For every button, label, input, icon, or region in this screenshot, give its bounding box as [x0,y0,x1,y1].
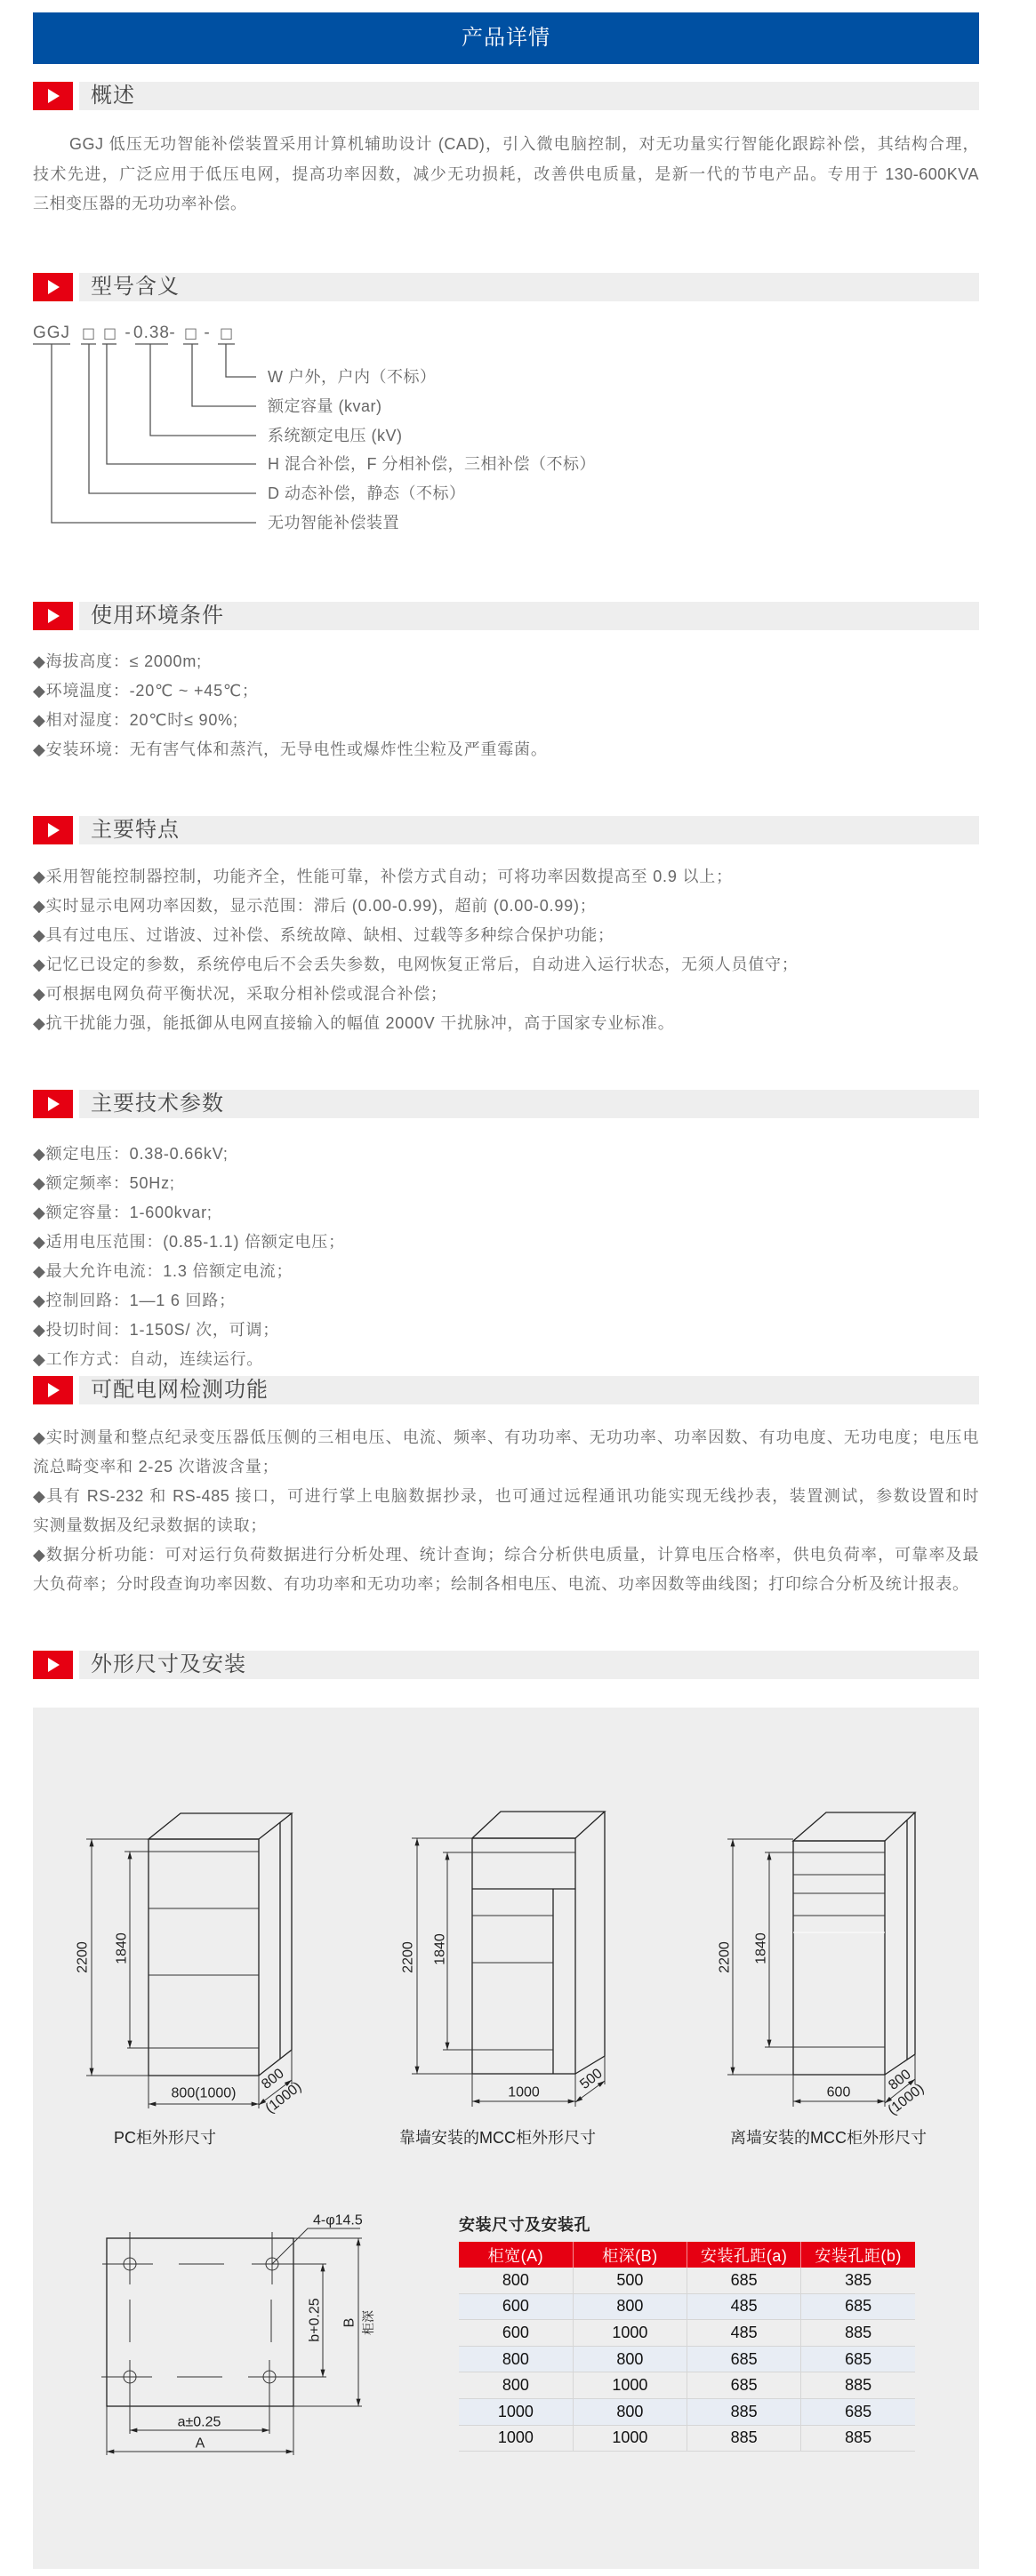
model-meaning-label: 系统额定电压 (kV) [268,421,403,451]
section-header-bar: 主要特点 [79,816,979,844]
list-item-line: 大负荷率；分时段查询功率因数、有功功率和无功功率；绘制各相电压、电流、功率因数等… [33,1570,979,1599]
product-detail-page: 产品详情 概述 GGJ 低压无功智能补偿装置采用计算机辅助设计 (CAD)，引入… [0,0,1036,2576]
mounting-table-title: 安装尺寸及安装孔 [459,2214,590,2236]
list-item: ◆相对湿度：20℃时≤ 90%; [33,706,979,735]
play-triangle-icon [33,1376,73,1404]
table-cell: 1000 [573,2372,687,2399]
section-title: 可配电网检测功能 [91,1376,269,1404]
column-header: 安装孔距(b) [801,2242,915,2268]
play-triangle-icon [33,82,73,110]
model-code-series: GGJ [33,323,70,344]
list-item: ◆可根据电网负荷平衡状况，采取分相补偿或混合补偿； [33,980,979,1009]
paragraph-line: GGJ 低压无功智能补偿装置采用计算机辅助设计 (CAD)，引入微电脑控制，对无… [33,130,979,160]
table-cell: 800 [459,2372,573,2399]
model-code-separator: - [202,323,213,344]
table-cell: 685 [687,2268,801,2293]
list-item: ◆工作方式：自动，连续运行。 [33,1345,979,1374]
list-item: ◆额定电压：0.38-0.66kV; [33,1140,979,1169]
model-code-box-location: □ [219,323,234,344]
table-cell: 685 [801,2346,915,2372]
section-title: 型号含义 [91,273,180,301]
model-code-voltage: 0.38 [133,323,169,344]
table-cell: 800 [459,2346,573,2372]
list-item: ◆最大允许电流：1.3 倍额定电流； [33,1257,979,1286]
table-cell: 885 [801,2320,915,2347]
overview-paragraph: GGJ 低压无功智能补偿装置采用计算机辅助设计 (CAD)，引入微电脑控制，对无… [33,130,979,220]
table-cell: 1000 [573,2425,687,2452]
list-item: ◆控制回路：1—1 6 回路； [33,1286,979,1316]
play-triangle-icon [33,1090,73,1118]
list-item-line: 实测量数据及纪录数据的读取； [33,1511,979,1540]
section-header-monitoring: 可配电网检测功能 [33,1376,979,1404]
table-cell: 885 [687,2425,801,2452]
list-item: ◆额定容量：1-600kvar; [33,1198,979,1228]
list-item-line: ◆实时测量和整点纪录变压器低压侧的三相电压、电流、频率、有功功率、无功功率、功率… [33,1423,979,1452]
table-cell: 685 [687,2372,801,2399]
list-item: ◆投切时间：1-150S/ 次，可调； [33,1316,979,1345]
list-item: ◆适用电压范围：(0.85-1.1) 倍额定电压； [33,1228,979,1257]
section-header-overview: 概述 [33,82,979,110]
list-item: ◆实时测量和整点纪录变压器低压侧的三相电压、电流、频率、有功功率、无功功率、功率… [33,1423,979,1482]
section-title: 使用环境条件 [91,602,224,630]
list-item: ◆具有过电压、过谐波、过补偿、系统故障、缺相、过载等多种综合保护功能； [33,921,979,950]
specs-list: ◆额定电压：0.38-0.66kV; ◆额定频率：50Hz; ◆额定容量：1-6… [33,1140,979,1374]
mounting-table: 柜宽(A) 柜深(B) 安装孔距(a) 安装孔距(b) 800 500 685 … [459,2242,915,2452]
table-cell: 685 [687,2346,801,2372]
list-item: ◆抗干扰能力强，能抵御从电网直接输入的幅值 2000V 干扰脉冲，高于国家专业标… [33,1009,979,1038]
table-cell: 885 [801,2372,915,2399]
list-item: ◆海拔高度：≤ 2000m; [33,647,979,676]
list-item: ◆采用智能控制器控制，功能齐全，性能可靠，补偿方式自动；可将功率因数提高至 0.… [33,862,979,892]
table-cell: 385 [801,2268,915,2293]
play-triangle-icon [33,602,73,630]
page-title-bar: 产品详情 [33,12,979,64]
section-header-dimensions: 外形尺寸及安装 [33,1651,979,1679]
list-item: ◆额定频率：50Hz; [33,1169,979,1198]
section-header-bar: 主要技术参数 [79,1090,979,1118]
table-cell: 485 [687,2320,801,2347]
list-item: ◆安装环境：无有害气体和蒸汽，无导电性或爆炸性尘粒及严重霉菌。 [33,735,979,764]
list-item: ◆具有 RS-232 和 RS-485 接口，可进行掌上电脑数据抄录，也可通过远… [33,1482,979,1540]
column-header: 柜宽(A) [459,2242,573,2268]
section-title: 外形尺寸及安装 [91,1651,246,1679]
model-code-box-phase-type: □ [102,323,117,344]
table-cell: 600 [459,2320,573,2347]
list-item: ◆实时显示电网功率因数，显示范围：滞后 (0.00-0.99)，超前 (0.00… [33,892,979,921]
table-cell: 885 [801,2425,915,2452]
table-row: 800 500 685 385 [459,2268,915,2293]
list-item-line: ◆具有 RS-232 和 RS-485 接口，可进行掌上电脑数据抄录，也可通过远… [33,1482,979,1511]
play-triangle-icon [33,273,73,301]
play-triangle-icon [33,816,73,844]
section-header-environment: 使用环境条件 [33,602,979,630]
table-cell: 800 [459,2268,573,2293]
table-cell: 500 [573,2268,687,2293]
table-cell: 800 [573,2293,687,2320]
monitoring-list: ◆实时测量和整点纪录变压器低压侧的三相电压、电流、频率、有功功率、无功功率、功率… [33,1423,979,1599]
table-cell: 800 [573,2346,687,2372]
model-meaning-label: 无功智能补偿装置 [268,508,399,538]
table-header-row: 柜宽(A) 柜深(B) 安装孔距(a) 安装孔距(b) [459,2242,915,2268]
table-cell: 800 [573,2398,687,2425]
column-header: 安装孔距(a) [687,2242,801,2268]
model-meaning-label: D 动态补偿，静态（不标） [268,479,466,508]
model-code-diagram [33,344,256,523]
table-cell: 685 [801,2293,915,2320]
table-row: 600 800 485 685 [459,2293,915,2320]
table-cell: 685 [801,2398,915,2425]
list-item: ◆记忆已设定的参数，系统停电后不会丢失参数，电网恢复正常后，自动进入运行状态，无… [33,950,979,980]
model-code-separator: - [167,323,178,344]
model-meaning-label: W 户外，户内（不标） [268,363,437,392]
column-header: 柜深(B) [573,2242,687,2268]
list-item-line: 流总畸变率和 2-25 次谐波含量； [33,1452,979,1482]
model-code-box-capacity: □ [183,323,198,344]
list-item-line: ◆数据分析功能：可对运行负荷数据进行分析处理、统计查询；综合分析供电质量，计算电… [33,1540,979,1570]
table-row: 600 1000 485 885 [459,2320,915,2347]
section-header-bar: 使用环境条件 [79,602,979,630]
model-meaning-label: H 混合补偿，F 分相补偿，三相补偿（不标） [268,450,596,479]
section-header-bar: 可配电网检测功能 [79,1376,979,1404]
table-row: 800 800 685 685 [459,2346,915,2372]
section-header-bar: 型号含义 [79,273,979,301]
section-header-model-meaning: 型号含义 [33,273,979,301]
page-title: 产品详情 [462,26,550,50]
paragraph-line: 技术先进，广泛应用于低压电网，提高功率因数，减少无功损耗，改善供电质量，是新一代… [33,160,979,190]
table-cell: 485 [687,2293,801,2320]
model-code-separator: - [123,323,133,344]
section-header-features: 主要特点 [33,816,979,844]
environment-list: ◆海拔高度：≤ 2000m; ◆环境温度：-20℃ ~ +45℃； ◆相对湿度：… [33,647,979,764]
section-title: 主要特点 [91,816,180,844]
table-row: 800 1000 685 885 [459,2372,915,2399]
list-item: ◆数据分析功能：可对运行负荷数据进行分析处理、统计查询；综合分析供电质量，计算电… [33,1540,979,1599]
model-meaning-label: 额定容量 (kvar) [268,392,382,421]
section-title: 主要技术参数 [91,1090,224,1118]
table-row: 1000 1000 885 885 [459,2425,915,2452]
features-list: ◆采用智能控制器控制，功能齐全，性能可靠，补偿方式自动；可将功率因数提高至 0.… [33,862,979,1038]
table-row: 1000 800 885 685 [459,2398,915,2425]
table-cell: 1000 [573,2320,687,2347]
table-cell: 885 [687,2398,801,2425]
model-code-box-compensation-mode: □ [81,323,96,344]
section-header-bar: 外形尺寸及安装 [79,1651,979,1679]
section-header-specs: 主要技术参数 [33,1090,979,1118]
section-header-bar: 概述 [79,82,979,110]
play-triangle-icon [33,1651,73,1679]
table-cell: 600 [459,2293,573,2320]
table-cell: 1000 [459,2425,573,2452]
list-item: ◆环境温度：-20℃ ~ +45℃； [33,676,979,706]
paragraph-line: 三相变压器的无功功率补偿。 [33,189,979,220]
section-title: 概述 [91,82,135,110]
table-cell: 1000 [459,2398,573,2425]
